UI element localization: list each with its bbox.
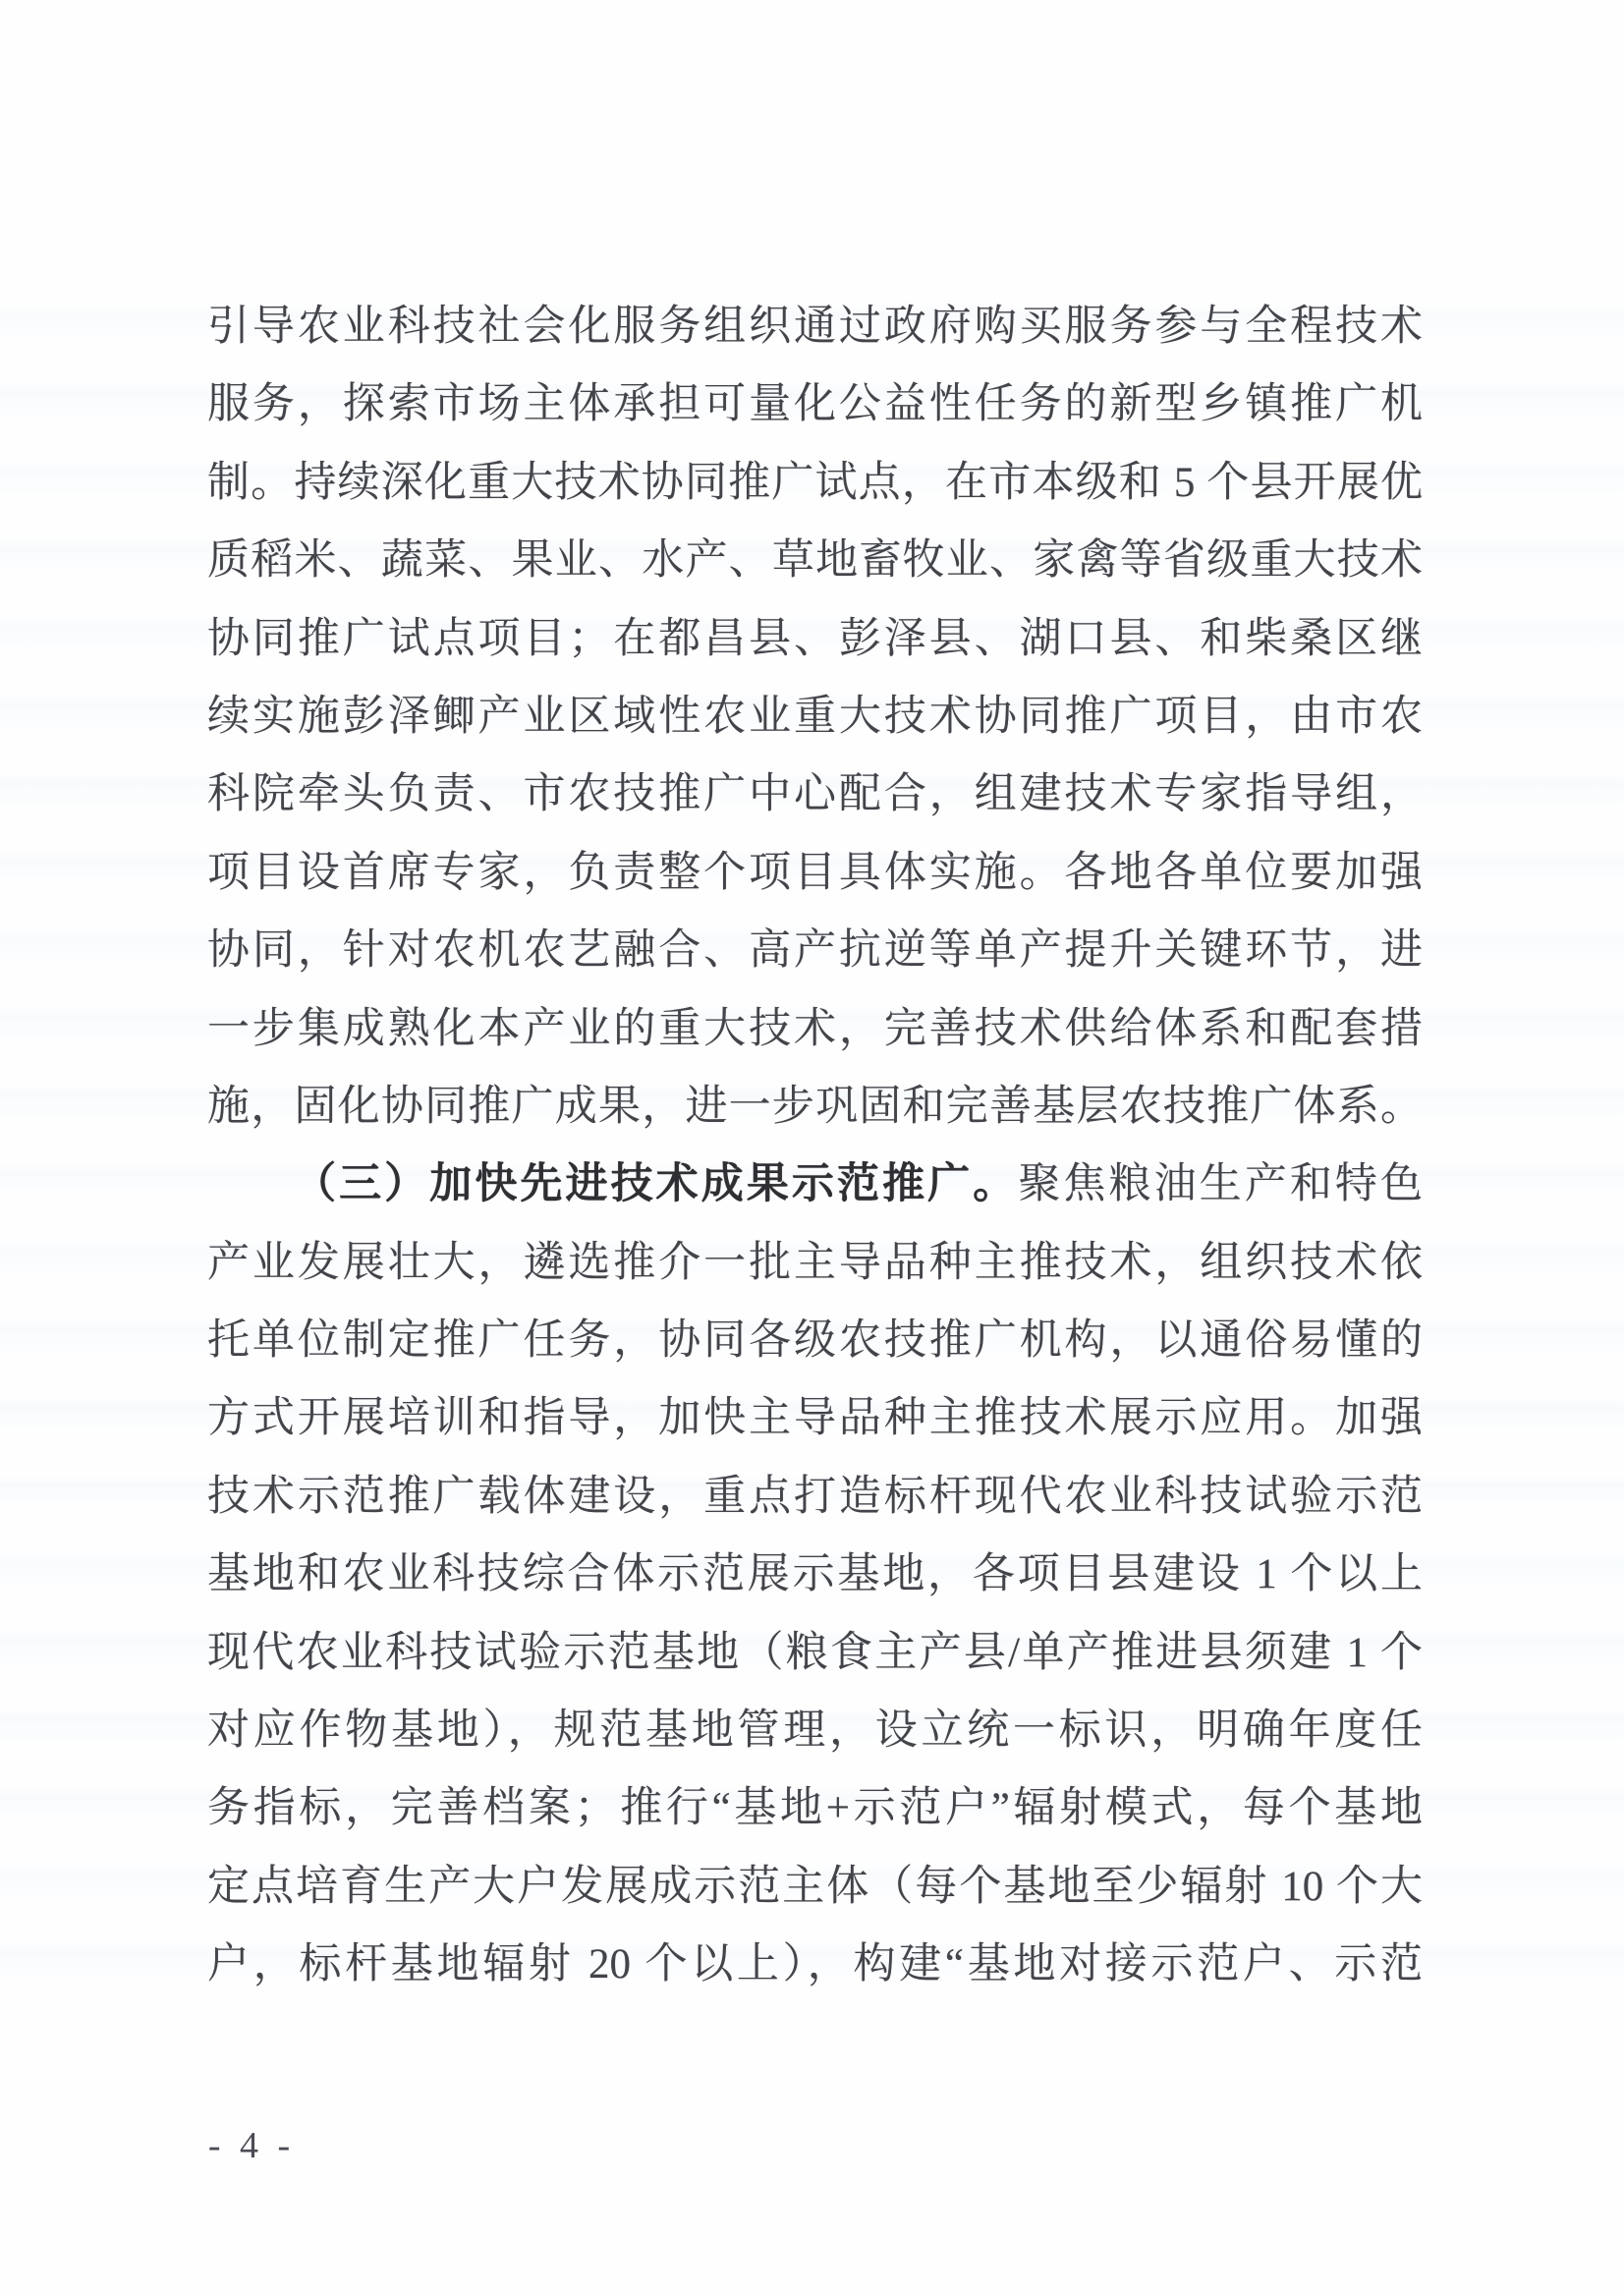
text-segment: 托单位制定推广任务，协同各级农技推广机构，以通俗易懂的 — [207, 1317, 1423, 1364]
text-line: 制。持续深化重大技术协同推广试点，在市本级和 5 个县开展优 — [207, 444, 1423, 522]
text-segment: 项目设首席专家，负责整个项目具体实施。各地各单位要加强 — [207, 850, 1423, 896]
text-line: 科院牵头负责、市农技推广中心配合，组建技术专家指导组， — [207, 756, 1423, 833]
text-line: 协同推广试点项目；在都昌县、彭泽县、湖口县、和柴桑区继 — [207, 600, 1423, 678]
text-line: 户，标杆基地辐射 20 个以上），构建“基地对接示范户、示范 — [207, 1926, 1423, 2003]
text-line: 务指标，完善档案；推行“基地+示范户”辐射模式，每个基地 — [207, 1769, 1423, 1847]
text-line: 协同，针对农机农艺融合、高产抗逆等单产提升关键环节，进 — [207, 912, 1423, 989]
text-segment: 制。持续深化重大技术协同推广试点，在市本级和 5 个县开展优 — [207, 460, 1423, 506]
text-line: 技术示范推广载体建设，重点打造标杆现代农业科技试验示范 — [207, 1458, 1423, 1536]
text-line: 续实施彭泽鲫产业区域性农业重大技术协同推广项目，由市农 — [207, 678, 1423, 756]
text-line: 施，固化协同推广成果，进一步巩固和完善基层农技推广体系。 — [207, 1068, 1423, 1146]
page-number: - 4 - — [193, 2120, 310, 2171]
text-line: 托单位制定推广任务，协同各级农技推广机构，以通俗易懂的 — [207, 1302, 1423, 1379]
text-segment: 对应作物基地），规范基地管理，设立统一标识，明确年度任 — [207, 1707, 1423, 1754]
text-line: 项目设首席专家，负责整个项目具体实施。各地各单位要加强 — [207, 834, 1423, 912]
text-line: 现代农业科技试验示范基地（粮食主产县/单产推进县须建 1 个 — [207, 1614, 1423, 1692]
text-line: 质稻米、蔬菜、果业、水产、草地畜牧业、家禽等省级重大技术 — [207, 522, 1423, 599]
document-page: 引导农业科技社会化服务组织通过政府购买服务参与全程技术服务，探索市场主体承担可量… — [0, 0, 1624, 2295]
text-line: 对应作物基地），规范基地管理，设立统一标识，明确年度任 — [207, 1692, 1423, 1769]
text-segment: 协同推广试点项目；在都昌县、彭泽县、湖口县、和柴桑区继 — [207, 616, 1423, 662]
text-line: （三）加快先进技术成果示范推广。聚焦粮油生产和特色 — [207, 1146, 1423, 1223]
text-segment: 技术示范推广载体建设，重点打造标杆现代农业科技试验示范 — [207, 1474, 1423, 1520]
text-segment: 协同，针对农机农艺融合、高产抗逆等单产提升关键环节，进 — [207, 927, 1423, 974]
text-segment: 引导农业科技社会化服务组织通过政府购买服务参与全程技术 — [207, 304, 1423, 350]
text-segment: 产业发展壮大，遴选推介一批主导品种主推技术，组织技术依 — [207, 1240, 1423, 1286]
text-segment: 定点培育生产大户发展成示范主体（每个基地至少辐射 10 个大 — [207, 1864, 1423, 1910]
text-segment: 服务，探索市场主体承担可量化公益性任务的新型乡镇推广机 — [207, 381, 1423, 427]
text-line: 引导农业科技社会化服务组织通过政府购买服务参与全程技术 — [207, 288, 1423, 365]
text-segment: 聚焦粮油生产和特色 — [1018, 1161, 1423, 1207]
text-segment: 续实施彭泽鲫产业区域性农业重大技术协同推广项目，由市农 — [207, 694, 1423, 740]
text-line: 产业发展壮大，遴选推介一批主导品种主推技术，组织技术依 — [207, 1224, 1423, 1302]
text-segment: 基地和农业科技综合体示范展示基地，各项目县建设 1 个以上 — [207, 1551, 1423, 1597]
text-line: 方式开展培训和指导，加快主导品种主推技术展示应用。加强 — [207, 1379, 1423, 1457]
text-line: 服务，探索市场主体承担可量化公益性任务的新型乡镇推广机 — [207, 365, 1423, 443]
text-line: 定点培育生产大户发展成示范主体（每个基地至少辐射 10 个大 — [207, 1848, 1423, 1926]
text-segment: 方式开展培训和指导，加快主导品种主推技术展示应用。加强 — [207, 1395, 1423, 1441]
text-segment: 施，固化协同推广成果，进一步巩固和完善基层农技推广体系。 — [207, 1084, 1423, 1130]
text-segment: 户，标杆基地辐射 20 个以上），构建“基地对接示范户、示范 — [207, 1941, 1423, 1987]
text-segment: 科院牵头负责、市农技推广中心配合，组建技术专家指导组， — [207, 771, 1423, 817]
text-segment: 质稻米、蔬菜、果业、水产、草地畜牧业、家禽等省级重大技术 — [207, 537, 1423, 584]
section-heading-segment: （三）加快先进技术成果示范推广。 — [294, 1160, 1018, 1207]
text-segment: 一步集成熟化本产业的重大技术，完善技术供给体系和配套措 — [207, 1006, 1423, 1052]
text-segment: 务指标，完善档案；推行“基地+示范户”辐射模式，每个基地 — [207, 1785, 1423, 1831]
document-text: 引导农业科技社会化服务组织通过政府购买服务参与全程技术服务，探索市场主体承担可量… — [207, 288, 1423, 2004]
text-segment: 现代农业科技试验示范基地（粮食主产县/单产推进县须建 1 个 — [207, 1630, 1423, 1676]
text-line: 一步集成熟化本产业的重大技术，完善技术供给体系和配套措 — [207, 990, 1423, 1068]
text-line: 基地和农业科技综合体示范展示基地，各项目县建设 1 个以上 — [207, 1536, 1423, 1613]
